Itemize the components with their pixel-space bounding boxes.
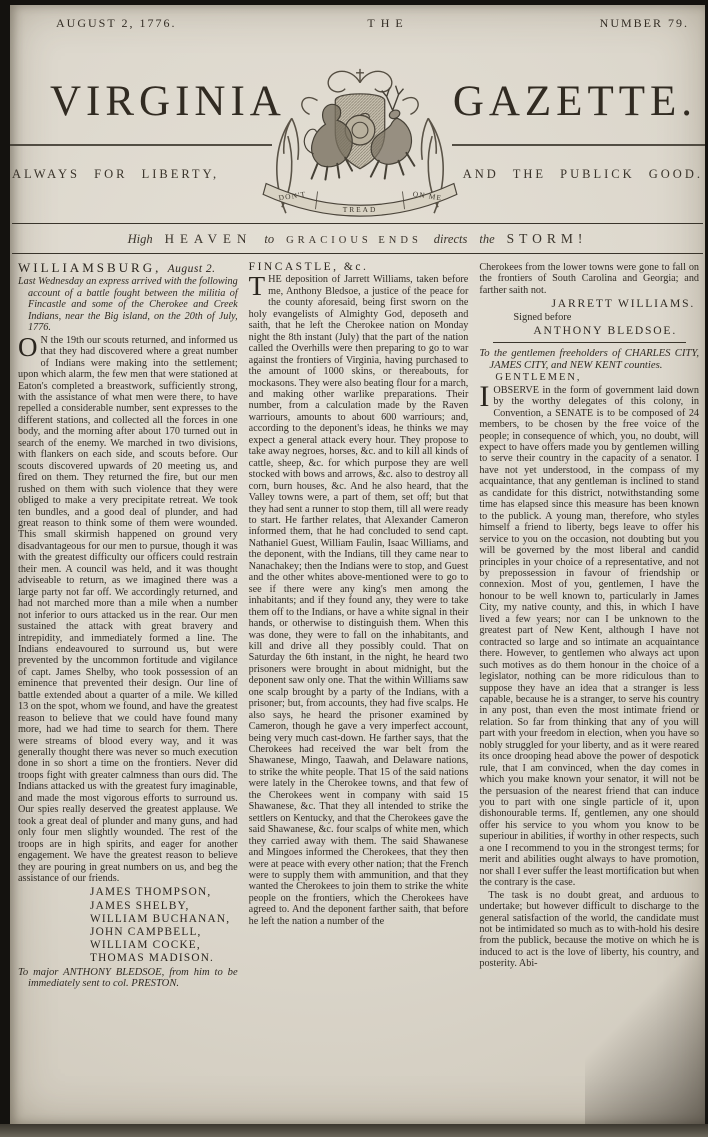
title-gazette: GAZETTE. <box>453 77 697 126</box>
signature: JAMES SHELBY, <box>90 900 238 913</box>
article-body: ON the 19th our scouts returned, and inf… <box>18 335 238 885</box>
column-3: Cherokees from the lower towns were gone… <box>479 262 699 1114</box>
article-intro: Last Wednesday an express arrived with t… <box>18 276 238 333</box>
signature: WILLIAM COCKE, <box>90 939 238 952</box>
tagline-word: GRACIOUS ENDS <box>286 235 422 246</box>
tagline-word: High <box>128 232 153 246</box>
table-edge <box>0 1124 708 1137</box>
letter-body-2: The task is no doubt great, and arduous … <box>479 890 699 970</box>
slogan-publick-good: AND THE PUBLICK GOOD. <box>463 167 703 182</box>
ribbon-banner: DON'T TREAD ON ME <box>263 184 457 217</box>
letter-address: To the gentlemen freeholders of CHARLES … <box>479 348 699 371</box>
article-body-text: N the 19th our scouts returned, and info… <box>18 335 238 884</box>
letter-body-text: OBSERVE in the form of government laid d… <box>479 385 699 888</box>
newspaper-photo: AUGUST 2, 1776. THE NUMBER 79. VIRGINIA … <box>0 0 708 1137</box>
dateline-date: August 2. <box>168 263 216 275</box>
drop-cap: T <box>249 274 269 297</box>
tagline-word: HEAVEN <box>165 231 253 246</box>
signature: JAMES THOMPSON, <box>90 886 238 899</box>
signature-block: JAMES THOMPSON, JAMES SHELBY, WILLIAM BU… <box>90 886 238 965</box>
title-virginia: VIRGINIA <box>50 77 286 126</box>
justice-signature: ANTHONY BLEDSOE. <box>479 324 699 338</box>
header-row: AUGUST 2, 1776. THE NUMBER 79. <box>10 5 705 31</box>
signed-before-label: Signed before <box>479 311 699 324</box>
deposition-heading: FINCASTLE, &c. <box>249 262 469 273</box>
deposition-continuation: Cherokees from the lower towns were gone… <box>479 262 699 296</box>
drop-cap: I <box>479 385 493 409</box>
letter-body: IOBSERVE in the form of government laid … <box>479 385 699 889</box>
column-2: FINCASTLE, &c. THE deposition of Jarrett… <box>249 262 469 1114</box>
forwarding-note: To major ANTHONY BLEDSOE, from him to be… <box>18 967 238 990</box>
deponent-signature: JARRETT WILLIAMS. <box>479 297 699 311</box>
masthead-rule-right <box>452 144 705 146</box>
deposition-body: THE deposition of Jarrett Williams, take… <box>249 274 469 927</box>
masthead: VIRGINIA GAZETTE. ALWAYS FOR LIBERTY, AN… <box>10 31 705 223</box>
tagline-word: the <box>479 232 494 246</box>
signature: JOHN CAMPBELL, <box>90 926 238 939</box>
section-divider <box>493 342 686 343</box>
newspaper-page: AUGUST 2, 1776. THE NUMBER 79. VIRGINIA … <box>10 5 705 1124</box>
tagline-word: directs <box>434 232 468 246</box>
dateline-heading: WILLIAMSBURG, August 2. <box>18 262 238 275</box>
slogan-liberty: ALWAYS FOR LIBERTY, <box>12 167 219 182</box>
deposition-body-text: HE deposition of Jarrett Williams, taken… <box>249 274 469 926</box>
issue-number: NUMBER 79. <box>600 16 689 31</box>
column-1: WILLIAMSBURG, August 2. Last Wednesday a… <box>18 262 238 1114</box>
drop-cap: O <box>18 335 41 358</box>
signature: THOMAS MADISON. <box>90 952 238 965</box>
issue-date: AUGUST 2, 1776. <box>56 16 176 31</box>
ribbon-word-tread: TREAD <box>343 205 378 214</box>
tagline-word: to <box>264 232 274 246</box>
gazette-crest-icon: DON'T TREAD ON ME <box>254 59 466 227</box>
tagline: HighHEAVENtoGRACIOUS ENDSdirectstheSTORM… <box>12 223 703 254</box>
masthead-rule-left <box>10 144 272 146</box>
masthead-the: THE <box>367 16 408 31</box>
signature: WILLIAM BUCHANAN, <box>90 913 238 926</box>
letter-salutation: GENTLEMEN, <box>479 372 699 383</box>
dateline-city: WILLIAMSBURG, <box>18 260 161 275</box>
tagline-word: STORM! <box>507 231 588 246</box>
article-columns: WILLIAMSBURG, August 2. Last Wednesday a… <box>10 254 705 1114</box>
